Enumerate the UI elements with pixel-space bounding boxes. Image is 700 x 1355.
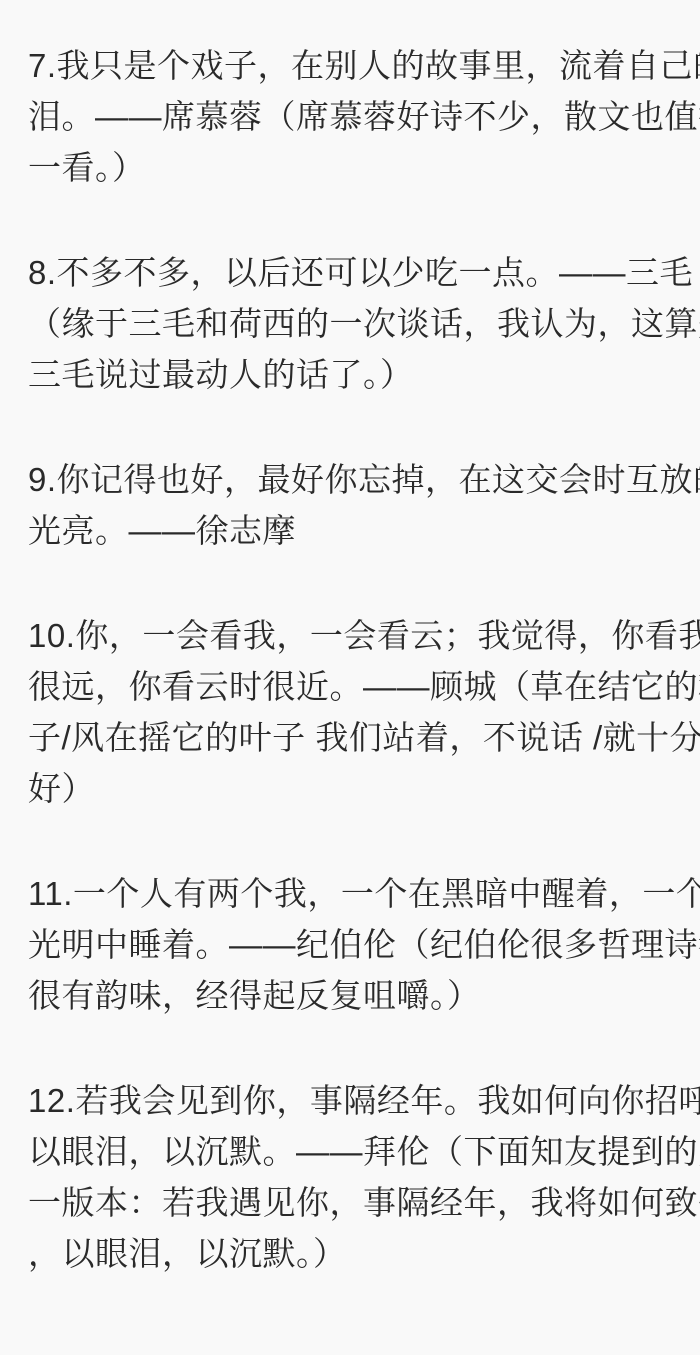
quote-line: 9.你记得也好，最好你忘掉，在这交会时互放的	[28, 454, 672, 505]
quote-item-12: 12.若我会见到你，事隔经年。我如何向你招呼， 以眼泪，以沉默。——拜伦（下面知…	[28, 1075, 672, 1279]
quote-line: 光亮。——徐志摩	[28, 505, 672, 556]
quote-line: ，以眼泪，以沉默。）	[28, 1228, 672, 1279]
quote-line: 11.一个人有两个我，一个在黑暗中醒着，一个在	[28, 868, 672, 919]
quote-line: 12.若我会见到你，事隔经年。我如何向你招呼，	[28, 1075, 672, 1126]
quote-line: 以眼泪，以沉默。——拜伦（下面知友提到的另	[28, 1126, 672, 1177]
quote-line: 子/风在摇它的叶子 我们站着，不说话 /就十分美	[28, 712, 672, 763]
quote-item-8: 8.不多不多，以后还可以少吃一点。——三毛 （缘于三毛和荷西的一次谈话，我认为，…	[28, 247, 672, 400]
quote-line: 好）	[28, 763, 672, 814]
quote-item-9: 9.你记得也好，最好你忘掉，在这交会时互放的 光亮。——徐志摩	[28, 454, 672, 556]
quote-item-10: 10.你，一会看我，一会看云；我觉得，你看我时 很远，你看云时很近。——顾城（草…	[28, 610, 672, 814]
quote-line: 泪。——席慕蓉（席慕蓉好诗不少，散文也值得	[28, 91, 672, 142]
quote-line: 10.你，一会看我，一会看云；我觉得，你看我时	[28, 610, 672, 661]
quote-line: 一看。）	[28, 142, 672, 193]
quote-line: 7.我只是个戏子，在别人的故事里，流着自己的	[28, 40, 672, 91]
quote-line: 很远，你看云时很近。——顾城（草在结它的种	[28, 661, 672, 712]
quote-line: 三毛说过最动人的话了。）	[28, 349, 672, 400]
quote-line: 一版本：若我遇见你，事隔经年，我将如何致你	[28, 1177, 672, 1228]
quote-line: （缘于三毛和荷西的一次谈话，我认为，这算是	[28, 298, 672, 349]
page: { "page": { "background_color": "#f9f9f9…	[0, 0, 700, 1355]
quote-line: 光明中睡着。——纪伯伦（纪伯伦很多哲理诗都	[28, 919, 672, 970]
quote-line: 8.不多不多，以后还可以少吃一点。——三毛	[28, 247, 672, 298]
quote-list: 7.我只是个戏子，在别人的故事里，流着自己的 泪。——席慕蓉（席慕蓉好诗不少，散…	[0, 0, 700, 1279]
quote-item-7: 7.我只是个戏子，在别人的故事里，流着自己的 泪。——席慕蓉（席慕蓉好诗不少，散…	[28, 40, 672, 193]
quote-line: 很有韵味，经得起反复咀嚼。）	[28, 970, 672, 1021]
quote-item-11: 11.一个人有两个我，一个在黑暗中醒着，一个在 光明中睡着。——纪伯伦（纪伯伦很…	[28, 868, 672, 1021]
